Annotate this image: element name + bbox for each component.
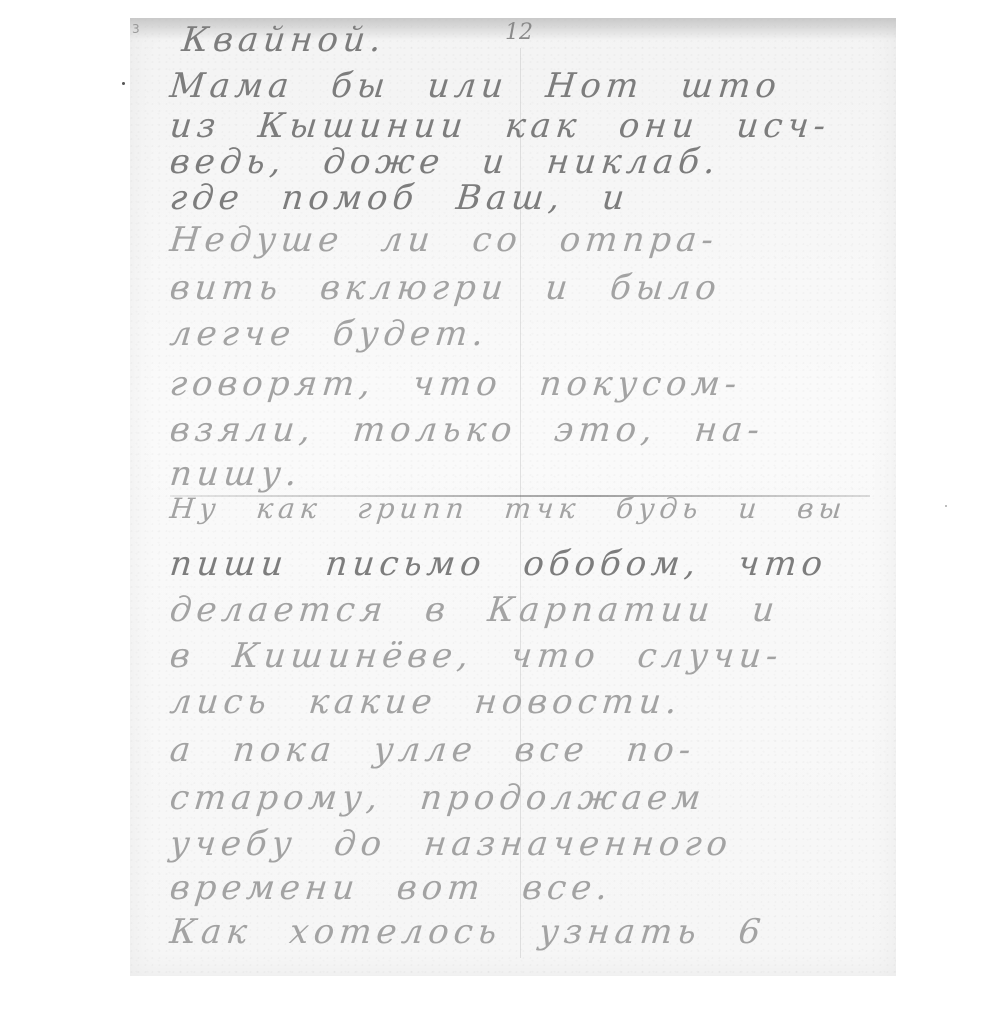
handwritten-line: времени вот все.	[168, 868, 872, 908]
handwritten-line: а пока улле все по-	[168, 730, 872, 770]
handwritten-line: Недуше ли со отпра-	[168, 220, 872, 260]
handwritten-line: пиши письмо обобом, что	[168, 544, 872, 584]
handwritten-line: учебу до назначенного	[168, 824, 872, 864]
handwritten-line: из Кышинии как они исч-	[168, 106, 872, 146]
handwritten-line: где помоб Ваш, и	[168, 178, 872, 218]
handwritten-line: Мама бы или Нот што	[168, 66, 872, 106]
handwritten-line: взяли, только это, на-	[168, 410, 872, 450]
handwritten-text-body: Квайной. Мама бы или Нот што из Кышинии …	[130, 18, 896, 976]
handwritten-line: говорят, что покусом-	[168, 364, 872, 404]
handwritten-line: легче будет.	[168, 314, 872, 354]
handwritten-line: в Кишинёве, что случи-	[168, 636, 872, 676]
handwritten-line: Квайной.	[180, 20, 884, 60]
scan-speck	[945, 505, 947, 507]
handwritten-line: Ну как грипп тчк будь и вы	[168, 492, 871, 525]
handwritten-line: делается в Карпатии и	[168, 590, 872, 630]
handwritten-line: лись какие новости.	[168, 682, 872, 722]
letter-sheet: 3 12 Квайной. Мама бы или Нот што из Кыш…	[130, 18, 896, 976]
handwritten-line: вить вклюгри и было	[168, 268, 872, 308]
handwritten-line: старому, продолжаем	[168, 778, 872, 818]
scan-speck	[122, 82, 125, 85]
handwritten-line: пишу.	[168, 454, 872, 494]
handwritten-line: ведь, доже и никлаб.	[168, 142, 872, 182]
handwritten-line: Как хотелось узнать 6	[168, 912, 872, 952]
